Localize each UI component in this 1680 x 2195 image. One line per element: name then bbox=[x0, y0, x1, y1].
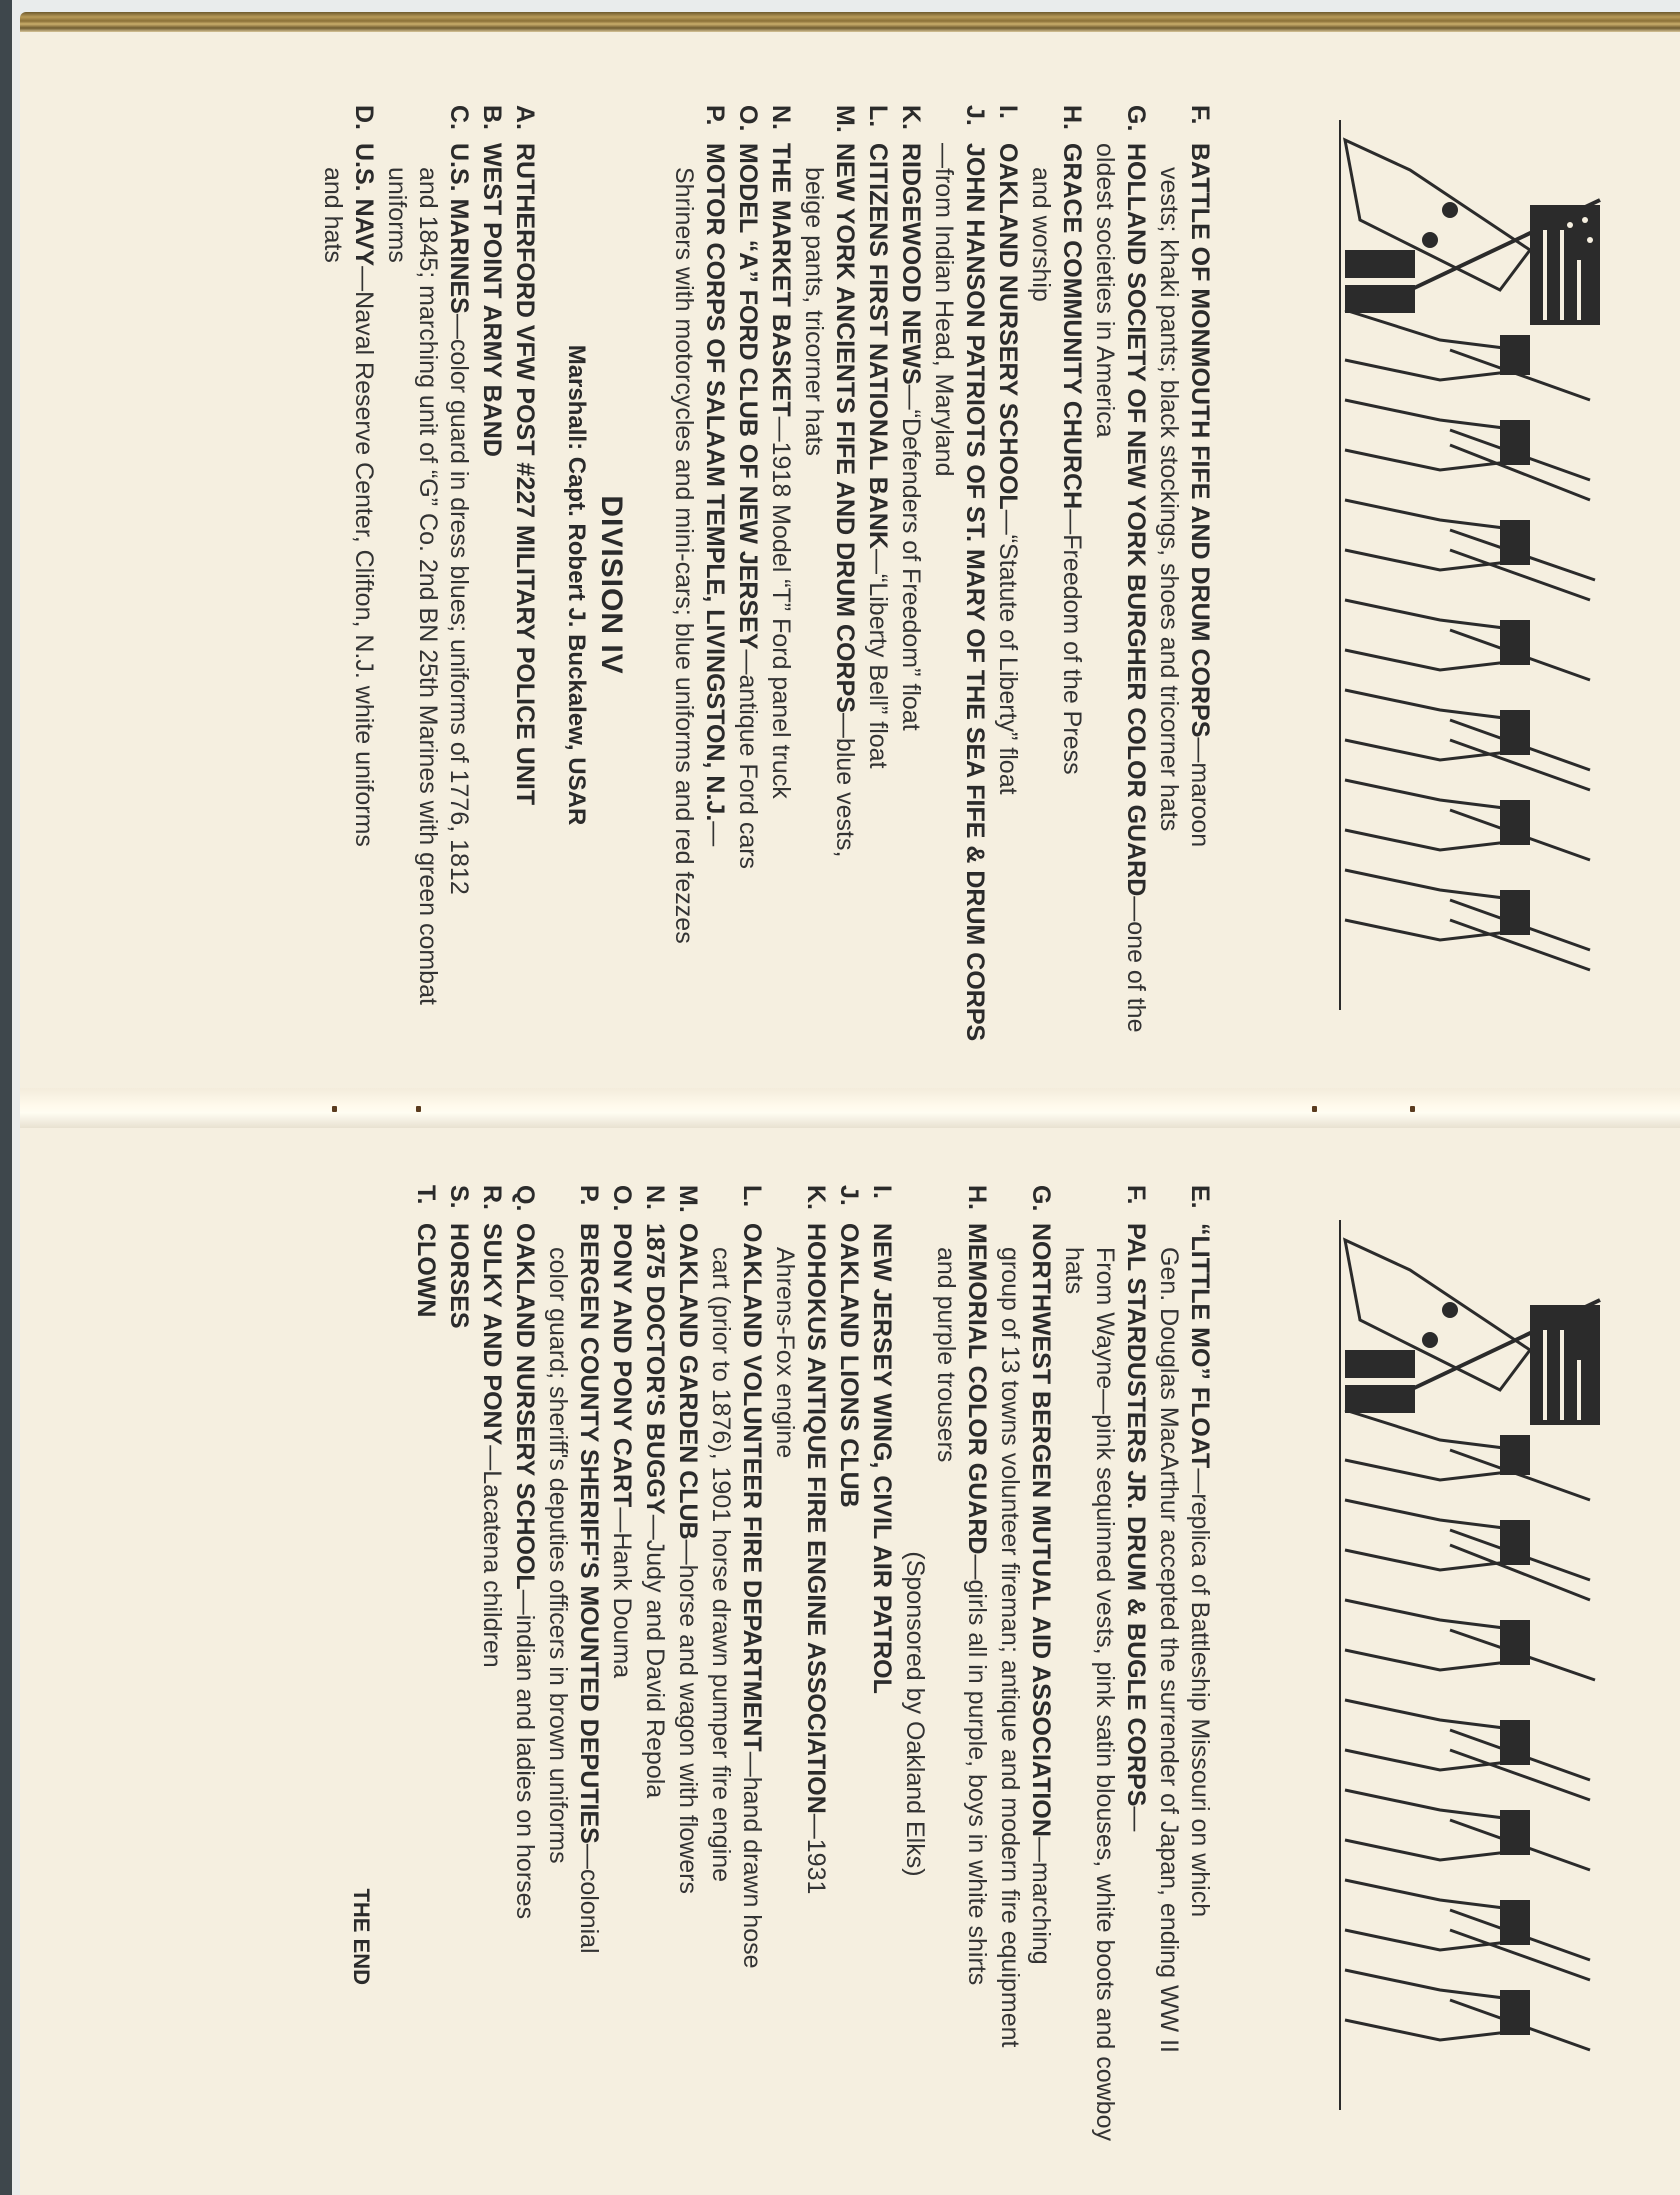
entry-description: —colonial bbox=[575, 1844, 603, 1954]
entry-body: RIDGEWOOD NEWS—“Defenders of Freedom” fl… bbox=[895, 143, 926, 1065]
entry-description-continued: Gen. Douglas MacArthur accepted the surr… bbox=[1153, 1223, 1184, 2145]
entry-letter: S. bbox=[443, 1185, 474, 1223]
lineup-entry: L.OAKLAND VOLUNTEER FIRE DEPARTMENT—hand… bbox=[705, 1185, 767, 2145]
lineup-entry: H.GRACE COMMUNITY CHURCH—Freedom of the … bbox=[1025, 105, 1087, 1065]
entry-name: MODEL “A” FORD CLUB OF NEW JERSEY bbox=[734, 143, 762, 650]
entry-letter: L. bbox=[862, 105, 893, 143]
entry-name: NORTHWEST BERGEN MUTUAL AID ASSOCIATION bbox=[1027, 1223, 1055, 1837]
entry-description-continued: and 1845; marching unit of “G” Co. 2nd B… bbox=[381, 143, 443, 1065]
entry-description: —blue vests, bbox=[831, 713, 859, 858]
entry-letter: O. bbox=[606, 1185, 637, 1223]
entry-letter: K. bbox=[769, 1185, 831, 1223]
lineup-entry: O.MODEL “A” FORD CLUB OF NEW JERSEY—anti… bbox=[732, 105, 763, 1065]
entry-description: —color guard in dress blues; uniforms of… bbox=[445, 314, 473, 895]
entry-description: —horse and wagon with flowers bbox=[674, 1540, 702, 1894]
soldiers-illustration-icon bbox=[1300, 80, 1660, 1020]
gilt-page-edge bbox=[20, 12, 1680, 32]
entry-letter: B. bbox=[476, 105, 507, 143]
entry-letter: P. bbox=[542, 1185, 604, 1223]
entry-letter: H. bbox=[899, 1185, 992, 1223]
entry-body: HOLLAND SOCIETY OF NEW YORK BURGHER COLO… bbox=[1089, 143, 1151, 1065]
lineup-entry: J.OAKLAND LIONS CLUB bbox=[833, 1185, 864, 2145]
lineup-entry: F.BATTLE OF MONMOUTH FIFE AND DRUM CORPS… bbox=[1153, 105, 1215, 1065]
lineup-entry: B.WEST POINT ARMY BAND bbox=[476, 105, 507, 1065]
entry-description-continued: From Wayne—pink sequinned vests, pink sa… bbox=[1058, 1223, 1120, 2145]
binder-strip bbox=[0, 0, 12, 2195]
entry-letter: F. bbox=[1153, 105, 1215, 143]
entry-letter: C. bbox=[381, 105, 474, 143]
division-iii-entries: F.BATTLE OF MONMOUTH FIFE AND DRUM CORPS… bbox=[668, 105, 1215, 1065]
entry-body: MODEL “A” FORD CLUB OF NEW JERSEY—antiqu… bbox=[732, 143, 763, 1065]
entry-description: —antique Ford cars bbox=[734, 650, 762, 870]
entry-body: WEST POINT ARMY BAND bbox=[476, 143, 507, 1065]
parade-lineup-lower-page: E.“LITTLE MO” FLOAT—replica of Battleshi… bbox=[85, 1185, 1215, 2145]
entry-description: —maroon bbox=[1186, 737, 1214, 847]
entry-name: SULKY AND PONY bbox=[478, 1223, 506, 1445]
entry-body: MEMORIAL COLOR GUARD—girls all in purple… bbox=[899, 1223, 992, 2145]
lineup-entry: R.SULKY AND PONY—Lacatena children bbox=[476, 1185, 507, 2145]
entry-description: —“Liberty Bell” float bbox=[864, 549, 892, 769]
entry-description-continued: beige pants, tricorner hats bbox=[798, 143, 829, 1065]
entry-letter: L. bbox=[705, 1185, 767, 1223]
lineup-entry: P.MOTOR CORPS OF SALAAM TEMPLE, LIVINGST… bbox=[668, 105, 730, 1065]
entry-name: HOLLAND SOCIETY OF NEW YORK BURGHER COLO… bbox=[1122, 143, 1150, 896]
lineup-entry: I.OAKLAND NURSERY SCHOOL—“Statute of Lib… bbox=[992, 105, 1023, 1065]
entry-letter: T. bbox=[410, 1185, 441, 1223]
entry-name: BERGEN COUNTY SHERIFF'S MOUNTED DEPUTIES bbox=[575, 1223, 603, 1844]
entry-description-continued: and worship bbox=[1025, 143, 1056, 1065]
entry-body: NORTHWEST BERGEN MUTUAL AID ASSOCIATION—… bbox=[994, 1223, 1056, 2145]
entry-description-continued: group of 13 towns volunteer fireman; ant… bbox=[994, 1223, 1025, 2145]
staple-icon bbox=[1410, 1106, 1415, 1112]
entry-description: —Naval Reserve Center, Clifton, N.J. whi… bbox=[350, 266, 378, 847]
entry-name: HORSES bbox=[445, 1223, 473, 1329]
entry-body: JOHN HANSON PATRIOTS OF ST. MARY OF THE … bbox=[928, 143, 990, 1065]
entry-name: THE MARKET BASKET bbox=[767, 143, 795, 417]
entry-description-continued: Shriners with motorcycles and mini-cars;… bbox=[668, 143, 699, 1065]
entry-name: OAKLAND LIONS CLUB bbox=[835, 1223, 863, 1508]
entry-description: — bbox=[701, 821, 729, 846]
entry-description: — bbox=[1122, 1806, 1150, 1831]
entry-body: 1875 DOCTOR'S BUGGY—Judy and David Repol… bbox=[639, 1223, 670, 2145]
lineup-entry: P.BERGEN COUNTY SHERIFF'S MOUNTED DEPUTI… bbox=[542, 1185, 604, 2145]
entry-body: U.S. MARINES—color guard in dress blues;… bbox=[381, 143, 474, 1065]
entry-sponsor: (Sponsored by Oakland Elks) bbox=[899, 1223, 930, 2145]
entry-body: NEW JERSEY WING, CIVIL AIR PATROL bbox=[866, 1223, 897, 2145]
entry-description: —from Indian Head, Maryland bbox=[930, 143, 958, 476]
entry-body: PAL STARDUSTERS JR. DRUM & BUGLE CORPS—F… bbox=[1058, 1223, 1151, 2145]
entry-body: CLOWN bbox=[410, 1223, 441, 2145]
lineup-entry: I.NEW JERSEY WING, CIVIL AIR PATROL bbox=[866, 1185, 897, 2145]
entry-letter: I. bbox=[866, 1185, 897, 1223]
entry-description: —Hank Douma bbox=[608, 1507, 636, 1678]
entry-description: —hand drawn hose bbox=[738, 1752, 766, 1969]
entry-description: —1918 Model “T” Ford panel truck bbox=[767, 417, 795, 799]
lineup-entry: J.JOHN HANSON PATRIOTS OF ST. MARY OF TH… bbox=[928, 105, 990, 1065]
entry-body: SULKY AND PONY—Lacatena children bbox=[476, 1223, 507, 2145]
entry-body: OAKLAND GARDEN CLUB—horse and wagon with… bbox=[672, 1223, 703, 2145]
entry-letter: D. bbox=[317, 105, 379, 143]
entry-name: WEST POINT ARMY BAND bbox=[478, 143, 506, 457]
lineup-entry: K.HOHOKUS ANTIQUE FIRE ENGINE ASSOCIATIO… bbox=[769, 1185, 831, 2145]
entry-description: —“Defenders of Freedom” float bbox=[897, 385, 925, 731]
entry-letter: O. bbox=[732, 105, 763, 143]
entry-body: HORSES bbox=[443, 1223, 474, 2145]
entry-body: PONY AND PONY CART—Hank Douma bbox=[606, 1223, 637, 2145]
lineup-entry: M.NEW YORK ANCIENTS FIFE AND DRUM CORPS—… bbox=[798, 105, 860, 1065]
entry-description-continued: cart (prior to 1876), 1901 horse drawn p… bbox=[705, 1223, 736, 2145]
entry-name: U.S. MARINES bbox=[445, 143, 473, 314]
entry-description: —marching bbox=[1027, 1837, 1055, 1965]
division-marshal: Marshall: Capt. Robert J. Buckalew, USAR bbox=[562, 105, 590, 1065]
entry-letter: Q. bbox=[509, 1185, 540, 1223]
lower-page-entries: E.“LITTLE MO” FLOAT—replica of Battleshi… bbox=[410, 1185, 1215, 2145]
entry-description: —Judy and David Repola bbox=[641, 1515, 669, 1799]
staple-icon bbox=[416, 1106, 421, 1112]
lineup-entry: Q.OAKLAND NURSERY SCHOOL—indian and ladi… bbox=[509, 1185, 540, 2145]
entry-letter: K. bbox=[895, 105, 926, 143]
entry-letter: N. bbox=[765, 105, 796, 143]
entry-description: —replica of Battleship Missouri on which bbox=[1186, 1468, 1214, 1917]
lineup-entry: C.U.S. MARINES—color guard in dress blue… bbox=[381, 105, 474, 1065]
entry-name: RUTHERFORD VFW POST #227 MILITARY POLICE… bbox=[511, 143, 539, 805]
entry-body: OAKLAND VOLUNTEER FIRE DEPARTMENT—hand d… bbox=[705, 1223, 767, 2145]
entry-letter: G. bbox=[1089, 105, 1151, 143]
entry-name: OAKLAND VOLUNTEER FIRE DEPARTMENT bbox=[738, 1223, 766, 1752]
lineup-entry: S.HORSES bbox=[443, 1185, 474, 2145]
entry-description-continued: and hats bbox=[317, 143, 348, 1065]
entry-name: RIDGEWOOD NEWS bbox=[897, 143, 925, 385]
entry-name: OAKLAND GARDEN CLUB bbox=[674, 1223, 702, 1540]
entry-description: —1931 bbox=[802, 1814, 830, 1895]
entry-name: MEMORIAL COLOR GUARD bbox=[963, 1223, 991, 1554]
entry-body: BATTLE OF MONMOUTH FIFE AND DRUM CORPS—m… bbox=[1153, 143, 1215, 1065]
staple-icon bbox=[1312, 1106, 1317, 1112]
entry-body: HOHOKUS ANTIQUE FIRE ENGINE ASSOCIATION—… bbox=[769, 1223, 831, 2145]
entry-name: HOHOKUS ANTIQUE FIRE ENGINE ASSOCIATION bbox=[802, 1223, 830, 1814]
staple-icon bbox=[332, 1106, 337, 1112]
lineup-entry: G.HOLLAND SOCIETY OF NEW YORK BURGHER CO… bbox=[1089, 105, 1151, 1065]
lineup-entry: T.CLOWN bbox=[410, 1185, 441, 2145]
entry-body: OAKLAND NURSERY SCHOOL—indian and ladies… bbox=[509, 1223, 540, 2145]
entry-name: NEW YORK ANCIENTS FIFE AND DRUM CORPS bbox=[831, 143, 859, 713]
entry-body: RUTHERFORD VFW POST #227 MILITARY POLICE… bbox=[509, 143, 540, 1065]
center-fold bbox=[20, 1088, 1680, 1128]
lineup-entry: N.1875 DOCTOR'S BUGGY—Judy and David Rep… bbox=[639, 1185, 670, 2145]
lineup-entry: A.RUTHERFORD VFW POST #227 MILITARY POLI… bbox=[509, 105, 540, 1065]
lineup-entry: M.OAKLAND GARDEN CLUB—horse and wagon wi… bbox=[672, 1185, 703, 2145]
lineup-entry: N.THE MARKET BASKET—1918 Model “T” Ford … bbox=[765, 105, 796, 1065]
entry-name: CLOWN bbox=[412, 1223, 440, 1317]
entry-letter: I. bbox=[992, 105, 1023, 143]
entry-body: OAKLAND LIONS CLUB bbox=[833, 1223, 864, 2145]
lineup-entry: F.PAL STARDUSTERS JR. DRUM & BUGLE CORPS… bbox=[1058, 1185, 1151, 2145]
lineup-entry: G.NORTHWEST BERGEN MUTUAL AID ASSOCIATIO… bbox=[994, 1185, 1056, 2145]
entry-name: PONY AND PONY CART bbox=[608, 1223, 636, 1507]
entry-name: 1875 DOCTOR'S BUGGY bbox=[641, 1223, 669, 1515]
entry-name: PAL STARDUSTERS JR. DRUM & BUGLE CORPS bbox=[1122, 1223, 1150, 1806]
entry-letter: J. bbox=[928, 105, 990, 143]
entry-name: MOTOR CORPS OF SALAAM TEMPLE, LIVINGSTON… bbox=[701, 143, 729, 821]
entry-description-continued: color guard; sheriff's deputies officers… bbox=[542, 1223, 573, 2145]
entry-body: GRACE COMMUNITY CHURCH—Freedom of the Pr… bbox=[1025, 143, 1087, 1065]
marching-soldiers-illustration bbox=[1300, 1180, 1660, 2120]
entry-description: —girls all in purple, boys in white shir… bbox=[963, 1554, 991, 1985]
entry-name: GRACE COMMUNITY CHURCH bbox=[1058, 143, 1086, 509]
entry-description-continued: vests; khaki pants; black stockings, sho… bbox=[1153, 143, 1184, 1065]
lineup-entry: K.RIDGEWOOD NEWS—“Defenders of Freedom” … bbox=[895, 105, 926, 1065]
entry-name: JOHN HANSON PATRIOTS OF ST. MARY OF THE … bbox=[961, 143, 989, 1041]
lineup-entry: D.U.S. NAVY—Naval Reserve Center, Clifto… bbox=[317, 105, 379, 1065]
marching-soldiers-illustration bbox=[1300, 80, 1660, 1020]
lineup-entry: O.PONY AND PONY CART—Hank Douma bbox=[606, 1185, 637, 2145]
entry-description-continued: Ahrens-Fox engine bbox=[769, 1223, 800, 2145]
entry-letter: E. bbox=[1153, 1185, 1215, 1223]
entry-name: NEW JERSEY WING, CIVIL AIR PATROL bbox=[868, 1223, 896, 1694]
entry-name: “LITTLE MO” FLOAT bbox=[1186, 1223, 1214, 1468]
entry-letter: J. bbox=[833, 1185, 864, 1223]
entry-body: “LITTLE MO” FLOAT—replica of Battleship … bbox=[1153, 1223, 1215, 2145]
entry-name: OAKLAND NURSERY SCHOOL bbox=[994, 143, 1022, 510]
entry-letter: G. bbox=[994, 1185, 1056, 1223]
entry-letter: M. bbox=[672, 1185, 703, 1223]
entry-name: CITIZENS FIRST NATIONAL BANK bbox=[864, 143, 892, 549]
entry-body: U.S. NAVY—Naval Reserve Center, Clifton,… bbox=[317, 143, 379, 1065]
soldiers-illustration-icon bbox=[1300, 1180, 1660, 2120]
division-iv-entries: A.RUTHERFORD VFW POST #227 MILITARY POLI… bbox=[317, 105, 540, 1065]
entry-letter: A. bbox=[509, 105, 540, 143]
entry-description: —“Statute of Liberty” float bbox=[994, 510, 1022, 795]
entry-name: U.S. NAVY bbox=[350, 143, 378, 266]
entry-name: OAKLAND NURSERY SCHOOL bbox=[511, 1223, 539, 1590]
entry-letter: F. bbox=[1058, 1185, 1151, 1223]
division-heading: DIVISION IV bbox=[594, 105, 628, 1065]
parade-lineup-upper-page: F.BATTLE OF MONMOUTH FIFE AND DRUM CORPS… bbox=[85, 105, 1215, 1065]
the-end-closing: THE END bbox=[348, 1185, 374, 2145]
lineup-entry: E.“LITTLE MO” FLOAT—replica of Battleshi… bbox=[1153, 1185, 1215, 2145]
entry-letter: N. bbox=[639, 1185, 670, 1223]
entry-body: OAKLAND NURSERY SCHOOL—“Statute of Liber… bbox=[992, 143, 1023, 1065]
entry-letter: P. bbox=[668, 105, 730, 143]
entry-body: MOTOR CORPS OF SALAAM TEMPLE, LIVINGSTON… bbox=[668, 143, 730, 1065]
entry-body: NEW YORK ANCIENTS FIFE AND DRUM CORPS—bl… bbox=[798, 143, 860, 1065]
lineup-entry: H.MEMORIAL COLOR GUARD—girls all in purp… bbox=[899, 1185, 992, 2145]
lineup-entry: L.CITIZENS FIRST NATIONAL BANK—“Liberty … bbox=[862, 105, 893, 1065]
entry-description: —Freedom of the Press bbox=[1058, 509, 1086, 774]
entry-body: BERGEN COUNTY SHERIFF'S MOUNTED DEPUTIES… bbox=[542, 1223, 604, 2145]
entry-body: THE MARKET BASKET—1918 Model “T” Ford pa… bbox=[765, 143, 796, 1065]
entry-name: BATTLE OF MONMOUTH FIFE AND DRUM CORPS bbox=[1186, 143, 1214, 737]
entry-description: —Lacatena children bbox=[478, 1445, 506, 1667]
entry-letter: H. bbox=[1025, 105, 1087, 143]
entry-description-continued: and purple trousers bbox=[930, 1223, 961, 2145]
entry-body: CITIZENS FIRST NATIONAL BANK—“Liberty Be… bbox=[862, 143, 893, 1065]
entry-letter: R. bbox=[476, 1185, 507, 1223]
entry-description: —indian and ladies on horses bbox=[511, 1590, 539, 1919]
entry-letter: M. bbox=[798, 105, 860, 143]
